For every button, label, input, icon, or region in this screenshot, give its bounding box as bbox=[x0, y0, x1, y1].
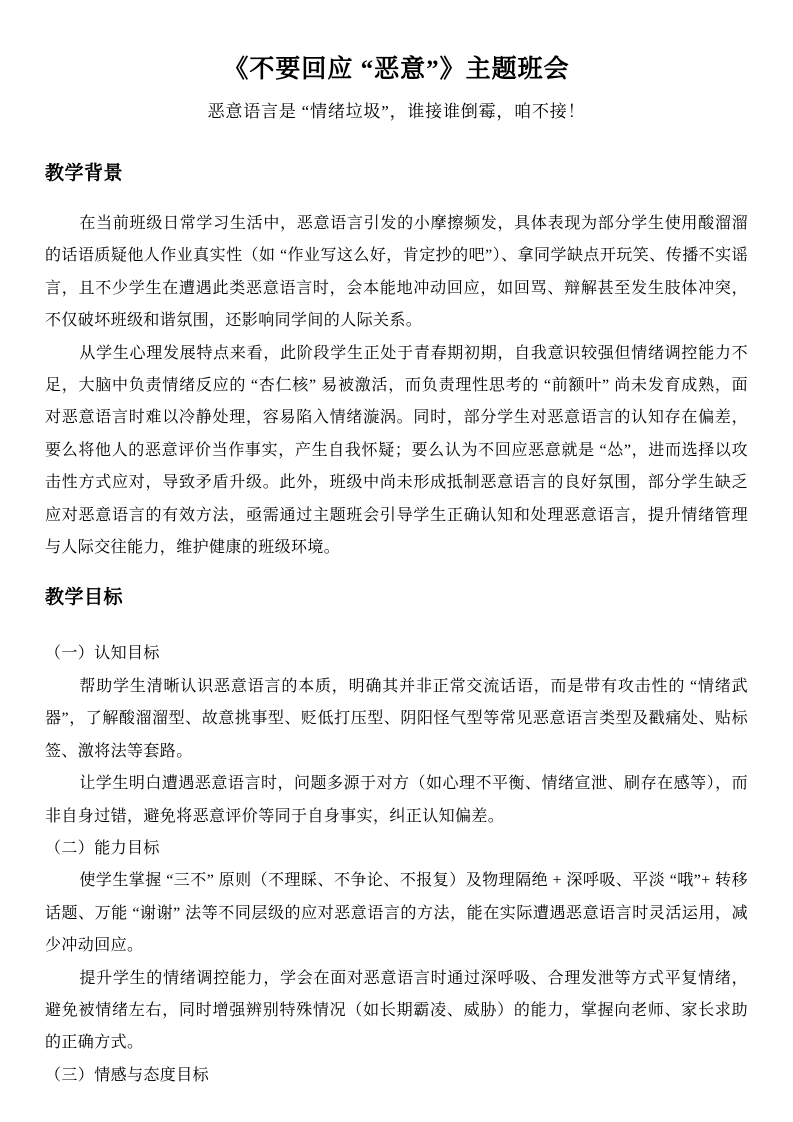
background-section-body: 在当前班级日常学习生活中，恶意语言引发的小摩擦频发，具体表现为部分学生使用酸溜溜… bbox=[45, 208, 748, 564]
page-subtitle: 恶意语言是 “情绪垃圾”，谁接谁倒霉，咱不接！ bbox=[45, 101, 748, 122]
body-paragraph: 使学生掌握 “三不” 原则（不理睬、不争论、不报复）及物理隔绝 + 深呼吸、平淡… bbox=[45, 865, 748, 962]
page-title: 《不要回应 “恶意”》主题班会 bbox=[45, 55, 748, 85]
subsection-label-cognitive-goal: （一）认知目标 bbox=[45, 638, 748, 670]
body-paragraph: 帮助学生清晰认识恶意语言的本质，明确其并非正常交流话语，而是带有攻击性的 “情绪… bbox=[45, 671, 748, 768]
body-paragraph: 在当前班级日常学习生活中，恶意语言引发的小摩擦频发，具体表现为部分学生使用酸溜溜… bbox=[45, 208, 748, 338]
section-heading-teaching-goals: 教学目标 bbox=[45, 586, 748, 610]
body-paragraph: 提升学生的情绪调控能力，学会在面对恶意语言时通过深呼吸、合理发泄等方式平复情绪，… bbox=[45, 963, 748, 1060]
body-paragraph: 让学生明白遭遇恶意语言时，问题多源于对方（如心理不平衡、情绪宣泄、刷存在感等），… bbox=[45, 768, 748, 833]
section-heading-teaching-background: 教学背景 bbox=[45, 162, 748, 186]
goals-section-body: （一）认知目标 帮助学生清晰认识恶意语言的本质，明确其并非正常交流话语，而是带有… bbox=[45, 638, 748, 1092]
subsection-label-ability-goal: （二）能力目标 bbox=[45, 833, 748, 865]
document-page: 《不要回应 “恶意”》主题班会 恶意语言是 “情绪垃圾”，谁接谁倒霉，咱不接！ … bbox=[0, 0, 793, 1122]
subsection-label-emotion-attitude-goal: （三）情感与态度目标 bbox=[45, 1060, 748, 1092]
body-paragraph: 从学生心理发展特点来看，此阶段学生正处于青春期初期，自我意识较强但情绪调控能力不… bbox=[45, 338, 748, 565]
